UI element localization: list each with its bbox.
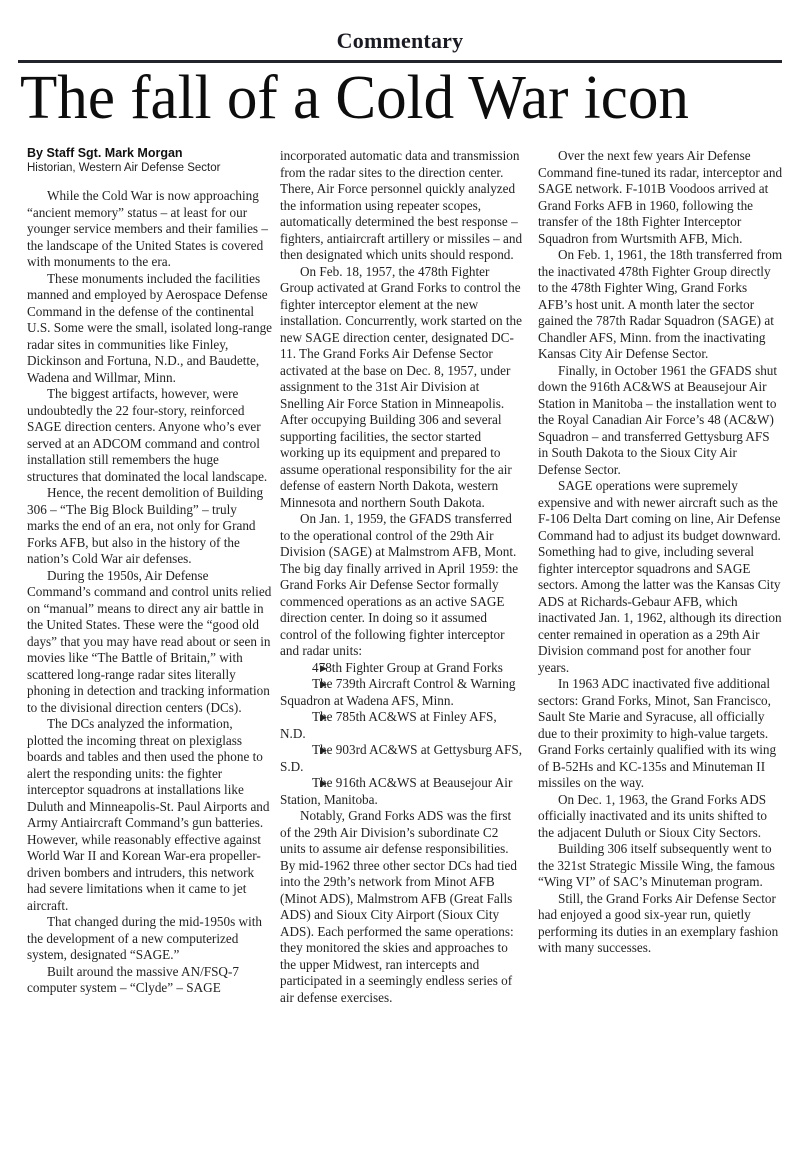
triangle-bullet-icon: ▶ — [300, 676, 312, 693]
paragraph: SAGE operations were supremely expensive… — [538, 478, 783, 676]
bullet-item: ▶The 785th AC&WS at Finley AFS, N.D. — [280, 709, 525, 742]
article-column-1: By Staff Sgt. Mark Morgan Historian, Wes… — [27, 146, 272, 997]
paragraph: Notably, Grand Forks ADS was the first o… — [280, 808, 525, 1006]
bullet-item: ▶The 739th Aircraft Control & Warning Sq… — [280, 676, 525, 709]
paragraph: On Feb. 1, 1961, the 18th transferred fr… — [538, 247, 783, 363]
triangle-bullet-icon: ▶ — [300, 742, 312, 759]
section-label: Commentary — [0, 28, 800, 54]
paragraph: Finally, in October 1961 the GFADS shut … — [538, 363, 783, 479]
headline: The fall of a Cold War icon — [20, 62, 769, 134]
paragraph: On Dec. 1, 1963, the Grand Forks ADS off… — [538, 792, 783, 842]
paragraph-continued: incorporated automatic data and transmis… — [280, 148, 525, 264]
triangle-bullet-icon: ▶ — [300, 775, 312, 792]
paragraph: That changed during the mid-1950s with t… — [27, 914, 272, 964]
paragraph: Built around the massive AN/FSQ-7 comput… — [27, 964, 272, 997]
paragraph: Hence, the recent demolition of Building… — [27, 485, 272, 568]
byline-title: Historian, Western Air Defense Sector — [27, 161, 272, 176]
paragraph: During the 1950s, Air Defense Command’s … — [27, 568, 272, 717]
paragraph: In 1963 ADC inactivated five additional … — [538, 676, 783, 792]
triangle-bullet-icon: ▶ — [300, 709, 312, 726]
paragraph: On Jan. 1, 1959, the GFADS transferred t… — [280, 511, 525, 660]
paragraph: Over the next few years Air Defense Comm… — [538, 148, 783, 247]
bullet-item: ▶The 903rd AC&WS at Gettysburg AFS, S.D. — [280, 742, 525, 775]
newspaper-page: Commentary The fall of a Cold War icon B… — [0, 0, 800, 1167]
paragraph: The biggest artifacts, however, were und… — [27, 386, 272, 485]
paragraph: On Feb. 18, 1957, the 478th Fighter Grou… — [280, 264, 525, 512]
paragraph: While the Cold War is now approaching “a… — [27, 188, 272, 271]
triangle-bullet-icon: ▶ — [300, 660, 312, 677]
bullet-item: ▶The 916th AC&WS at Beausejour Air Stati… — [280, 775, 525, 808]
bullet-item: ▶478th Fighter Group at Grand Forks — [280, 660, 525, 677]
article-column-3: Over the next few years Air Defense Comm… — [538, 148, 783, 957]
byline-author: By Staff Sgt. Mark Morgan — [27, 146, 272, 161]
paragraph: Still, the Grand Forks Air Defense Secto… — [538, 891, 783, 957]
paragraph: Building 306 itself subsequently went to… — [538, 841, 783, 891]
paragraph: These monuments included the facilities … — [27, 271, 272, 387]
paragraph: The DCs analyzed the information, plotte… — [27, 716, 272, 914]
article-column-2: incorporated automatic data and transmis… — [280, 148, 525, 1006]
